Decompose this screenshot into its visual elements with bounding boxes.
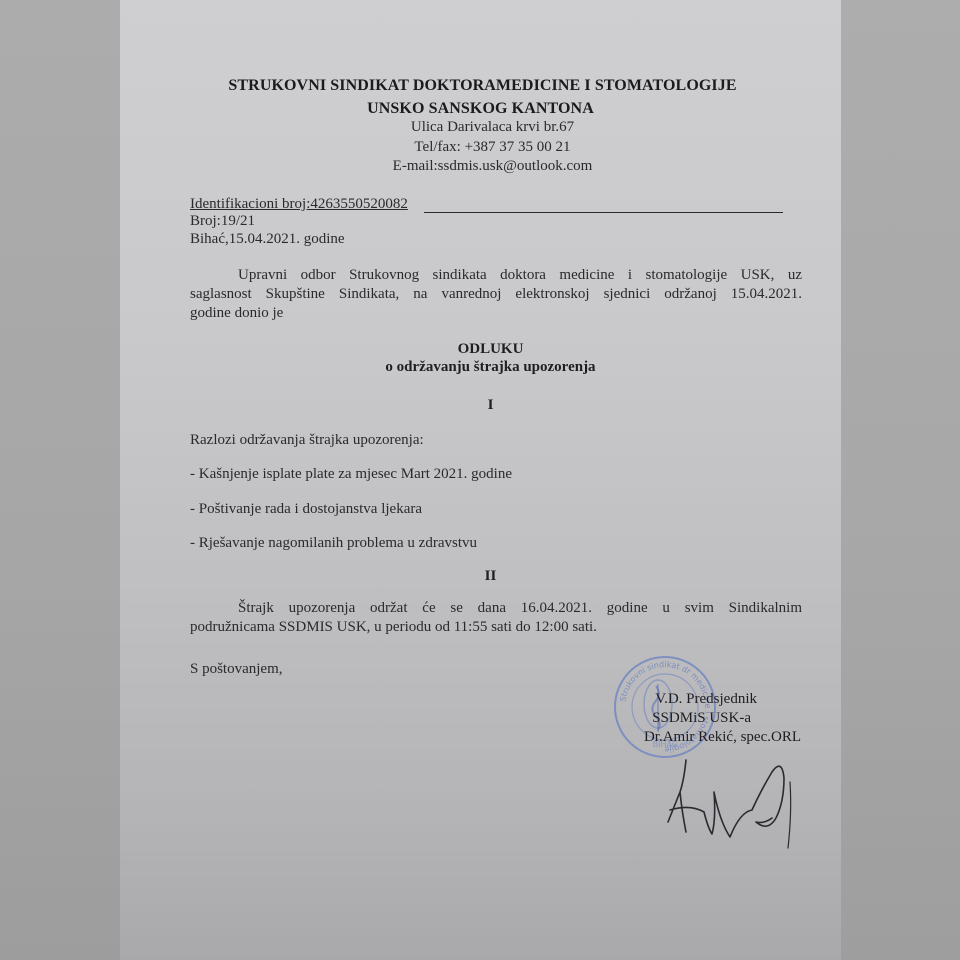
document-page: STRUKOVNI SINDIKAT DOKTORAMEDICINE I STO… bbox=[120, 0, 841, 960]
strike-line: podružnicama SSDMIS USK, u periodu od 11… bbox=[190, 618, 802, 637]
org-name-line1: STRUKOVNI SINDIKAT DOKTORAMEDICINE I STO… bbox=[122, 77, 843, 95]
intro-paragraph: Upravni odbor Strukovnog sindikata dokto… bbox=[190, 266, 802, 323]
closing-salutation: S poštovanjem, bbox=[190, 661, 283, 678]
org-name-line2: UNSKO SANSKOG KANTONA bbox=[120, 100, 841, 118]
identification-number-text: Identifikacioni broj:4263550520082 bbox=[190, 196, 408, 212]
decision-subtitle: o održavanju štrajka upozorenja bbox=[130, 359, 851, 376]
intro-line: saglasnost Skupštine Sindikata, na vanre… bbox=[190, 285, 802, 304]
signatory-name: Dr.Amir Rekić, spec.ORL bbox=[581, 728, 801, 747]
signatory-role: V.D. Predsjednik bbox=[581, 690, 801, 709]
reasons-lead: Razlozi održavanja štrajka upozorenja: bbox=[190, 432, 424, 449]
handwritten-signature-icon bbox=[660, 752, 800, 852]
identification-number: Identifikacioni broj:4263550520082 bbox=[190, 196, 408, 213]
signature-block: V.D. Predsjednik SSDMiS USK-a Dr.Amir Re… bbox=[581, 690, 801, 747]
strike-line: Štrajk upozorenja održat će se dana 16.0… bbox=[190, 599, 802, 618]
reason-item: - Poštivanje rada i dostojanstva ljekara bbox=[190, 501, 422, 518]
signatory-org: SSDMiS USK-a bbox=[581, 709, 801, 728]
org-telfax: Tel/fax: +387 37 35 00 21 bbox=[132, 139, 853, 156]
intro-line: godine donio je bbox=[190, 304, 802, 323]
reason-item: - Kašnjenje isplate plate za mjesec Mart… bbox=[190, 466, 512, 483]
strike-paragraph: Štrajk upozorenja održat će se dana 16.0… bbox=[190, 599, 802, 637]
backdrop-left bbox=[0, 0, 120, 960]
section-1-numeral: I bbox=[130, 397, 851, 414]
section-2-numeral: II bbox=[130, 568, 851, 585]
org-email: E-mail:ssdmis.usk@outlook.com bbox=[132, 158, 853, 175]
reason-item: - Rješavanje nagomilanih problema u zdra… bbox=[190, 535, 477, 552]
document-number: Broj:19/21 bbox=[190, 213, 255, 230]
place-date: Bihać,15.04.2021. godine bbox=[190, 231, 345, 248]
org-address: Ulica Darivalaca krvi br.67 bbox=[132, 119, 853, 136]
identification-underline bbox=[424, 212, 783, 213]
intro-line: Upravni odbor Strukovnog sindikata dokto… bbox=[190, 266, 802, 285]
decision-title: ODLUKU bbox=[130, 341, 851, 358]
backdrop-right bbox=[841, 0, 960, 960]
